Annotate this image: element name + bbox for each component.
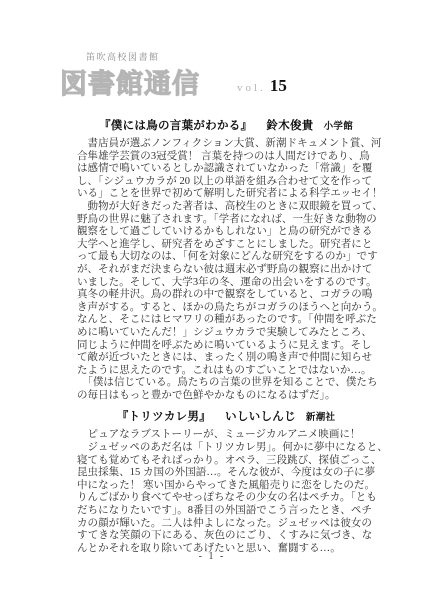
text-line: カの顔が輝いた。二人は仲よしになった。ジュゼッペは彼女の <box>77 518 375 531</box>
book-review-2: 『トリツカレ男』いしいしんじ新潮社 ピュアなラブストーリーが、ミュージカルアニメ… <box>77 409 375 555</box>
text-line: は感情で鳴いているとしか認識されていなかった「常識」を覆 <box>77 163 375 176</box>
text-line: ピュアなラブストーリーが、ミュージカルアニメ映画に！ <box>77 429 375 442</box>
text-line: りんごばかり食べてやせっぽちなその少女の名はペチカ。「とも <box>77 492 375 505</box>
newsletter-title: 図書館通信 <box>60 62 200 101</box>
text-line: めに鳴いていたんだ！」シジュウカラで実験してみたところ、 <box>77 327 375 340</box>
text-line: ジュゼッペのあだ名は「トリツカレ男」。何かに夢中になると、 <box>77 442 375 455</box>
book-publisher: 小学館 <box>324 121 353 132</box>
text-line: 中になった！ 寒い国からやってきた風船売りに恋をしたのだ。 <box>77 480 375 493</box>
text-line: が、それがまだ決まらない彼は週末必ず野鳥の観察に出かけて <box>77 264 375 277</box>
text-line: いました。そして、大学3年の冬、運命の出会いをするのです。 <box>77 277 375 290</box>
text-line: って最も大切なのは、「何を対象にどんな研究をするのか」です <box>77 251 375 264</box>
review-text: ピュアなラブストーリーが、ミュージカルアニメ映画に！ ジュゼッペのあだ名は「トリ… <box>77 429 375 555</box>
newsletter-page: 笛吹高校図書館 図書館通信 vol. 15 『僕には鳥の言葉がわかる』鈴木俊貴小… <box>0 0 424 600</box>
book-publisher: 新潮社 <box>306 412 335 423</box>
text-line: 真冬の軽井沢。鳥の群れの中で観察をしていると、コガラの鳴 <box>77 289 375 302</box>
page-number: - 1 - <box>0 551 424 562</box>
text-line: 書店員が選ぶノンフィクション大賞、新潮ドキュメント賞、河 <box>77 138 375 151</box>
text-line: すてきな笑顔の下にある、灰色のにごり、くすみに気づき、な <box>77 530 375 543</box>
book-review-1: 『僕には鳥の言葉がわかる』鈴木俊貴小学館 書店員が選ぶノンフィクション大賞、新潮… <box>77 118 375 402</box>
text-line: 観察をして過ごしていけるかもしれない」と鳥の研究ができる <box>77 226 375 239</box>
text-line: 合隼雄学芸賞の3冠受賞！ 言葉を持つのは人間だけであり、鳥 <box>77 151 375 164</box>
text-line: の毎日はもっと豊かで色鮮やかなものになるはずだ」。 <box>77 390 375 403</box>
book-author: いしいしんじ <box>225 411 296 423</box>
text-line: いる」ことを世界で初めて解明した研究者による科学エッセイ！ <box>77 188 375 201</box>
volume-number: 15 <box>270 76 287 96</box>
text-line: 昆虫採集、15 カ国の外国語…。そんな彼が、今度は女の子に夢 <box>77 467 375 480</box>
review-text: 書店員が選ぶノンフィクション大賞、新潮ドキュメント賞、河合隼雄学芸賞の3冠受賞！… <box>77 138 375 402</box>
text-line: 「僕は信じている。鳥たちの言葉の世界を知ることで、僕たち <box>77 377 375 390</box>
book-title-heading: 『僕には鳥の言葉がわかる』鈴木俊貴小学館 <box>77 118 375 135</box>
text-line: し、「シジュウカラが 20 以上の単語を組み合わせて文を作って <box>77 176 375 189</box>
newsletter-body: 『僕には鳥の言葉がわかる』鈴木俊貴小学館 書店員が選ぶノンフィクション大賞、新潮… <box>77 118 375 555</box>
text-line: なんと、そこにはヒマワリの種があったのです。「仲間を呼ぶた <box>77 314 375 327</box>
book-title: 『トリツカレ男』 <box>117 411 211 423</box>
text-line: 大学へと進学し、研究者をめざすことにしました。研究者にと <box>77 239 375 252</box>
text-line: だちになりたいです」。8番目の外国語でこう言ったとき、ペチ <box>77 505 375 518</box>
book-title: 『僕には鳥の言葉がわかる』 <box>99 120 252 132</box>
book-title-heading: 『トリツカレ男』いしいしんじ新潮社 <box>77 409 375 426</box>
text-line: 寝ても覚めてもそればっかり。オペラ、三段跳び、探偵ごっこ、 <box>77 455 375 468</box>
text-line: 動物が大好きだった著者は、高校生のときに双眼鏡を買って、 <box>77 201 375 214</box>
text-line: 野鳥の世界に魅了されます。「学者になれば、一生好きな動物の <box>77 214 375 227</box>
volume-indicator: vol. 15 <box>237 76 287 96</box>
text-line: て敵が近づいたときには、まったく別の鳴き声で仲間に知らせ <box>77 352 375 365</box>
volume-label: vol. <box>237 82 266 94</box>
text-line: き声がする。すると、ほかの鳥たちがコガラのほうへと向かう。 <box>77 302 375 315</box>
book-author: 鈴木俊貴 <box>266 120 313 132</box>
text-line: たように思えたのです。これはものすごいことではないか…。 <box>77 365 375 378</box>
text-line: 同じように仲間を呼ぶために鳴いているように見えます。そし <box>77 340 375 353</box>
